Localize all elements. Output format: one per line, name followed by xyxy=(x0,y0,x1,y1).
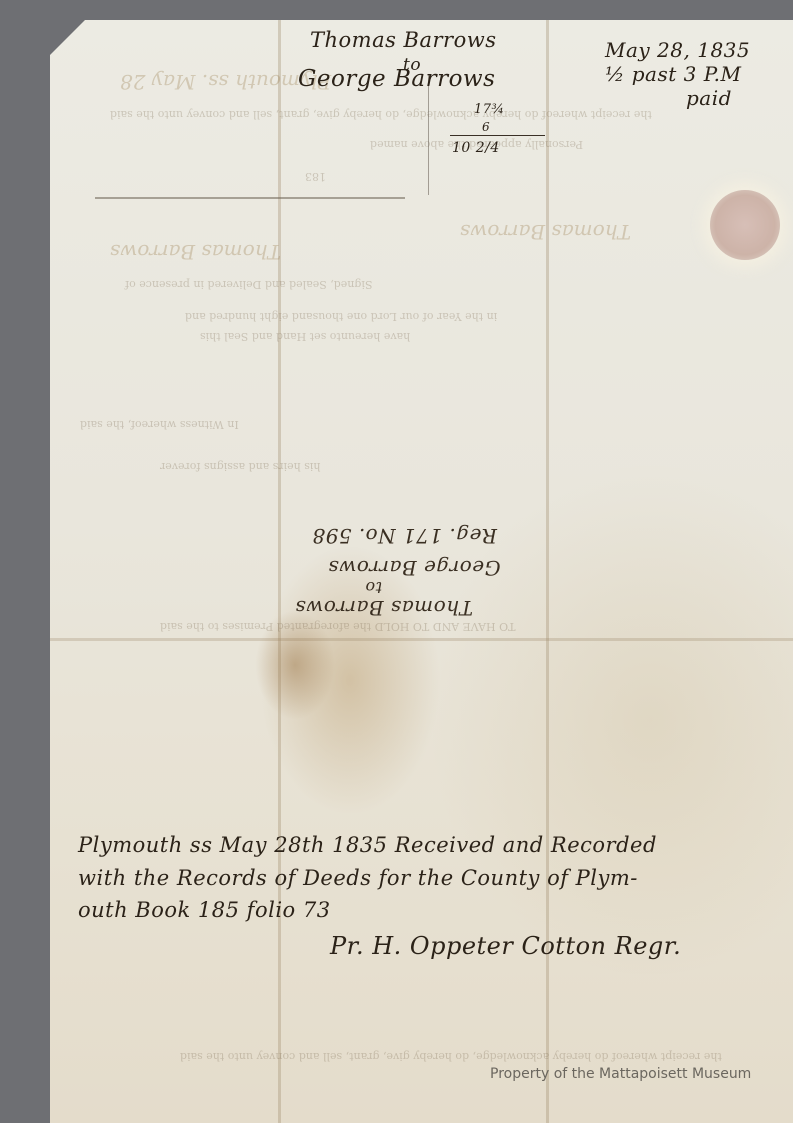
fold-line xyxy=(278,20,281,1123)
bleed-text: have hereunto set Hand and Seal this xyxy=(200,330,410,343)
bleed-text: in the Year of our Lord one thousand eig… xyxy=(185,310,497,323)
bleed-text: the receipt whereof do hereby acknowledg… xyxy=(180,1050,722,1063)
docket-grantor: Thomas Barrows xyxy=(310,28,496,52)
bleed-text: 183 xyxy=(305,170,326,183)
bleed-text: In Witness whereof, the said xyxy=(80,418,239,431)
receipt-time: ½ past 3 P.M xyxy=(605,62,741,86)
receipt-paid: paid xyxy=(686,86,732,110)
docket-grantee: George Barrows xyxy=(298,66,495,92)
calculation-line xyxy=(450,135,545,136)
printed-rule xyxy=(95,197,405,199)
museum-watermark: Property of the Mattapoisett Museum xyxy=(490,1066,751,1082)
upside-grantor: Thomas Barrows xyxy=(295,596,473,620)
calc-top: 17¾ xyxy=(474,102,505,117)
wax-seal-remnant xyxy=(710,190,780,260)
recording-line-1: Plymouth ss May 28th 1835 Received and R… xyxy=(78,833,657,857)
bleed-text: Signed, Sealed and Delivered in presence… xyxy=(125,278,372,291)
calc-minus: 6 xyxy=(482,120,490,134)
bleed-text: the receipt whereof do hereby acknowledg… xyxy=(110,108,652,121)
upside-grantee: George Barrows xyxy=(328,556,501,580)
receipt-date: May 28, 1835 xyxy=(605,38,750,62)
recording-line-3: outh Book 185 folio 73 xyxy=(78,898,331,922)
calc-result: 10 2/4 xyxy=(452,140,500,156)
bleed-text: his heirs and assigns forever xyxy=(160,460,321,473)
docket-divider xyxy=(428,75,429,195)
bleed-script: Thomas Barrows xyxy=(110,240,281,264)
bleed-text: TO HAVE AND TO HOLD the aforegranted Pre… xyxy=(160,620,515,633)
upside-connector: to xyxy=(365,578,382,597)
register-signature: Pr. H. Oppeter Cotton Regr. xyxy=(330,932,681,960)
fold-line xyxy=(50,638,793,641)
recording-line-2: with the Records of Deeds for the County… xyxy=(78,866,638,890)
upside-registry-number: Reg. 171 No. 598 xyxy=(312,524,497,548)
bleed-script: Thomas Barrows xyxy=(460,220,631,244)
